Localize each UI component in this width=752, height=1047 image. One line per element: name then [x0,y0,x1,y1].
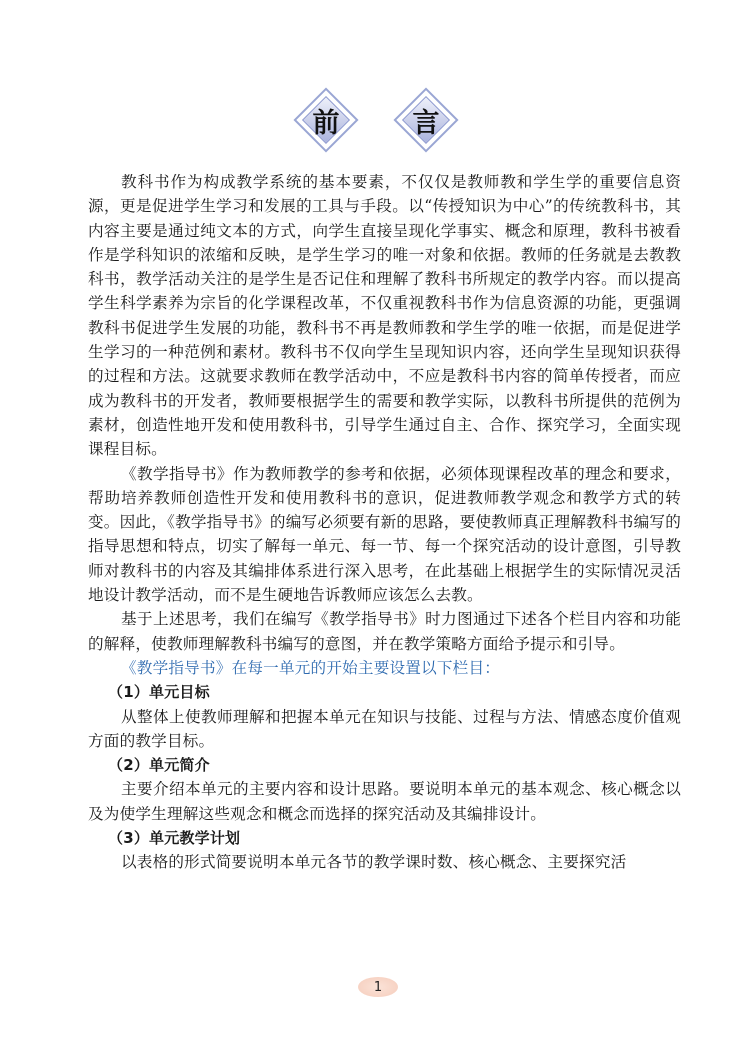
paragraph-3: 基于上述思考，我们在编写《教学指导书》时力图通过下述各个栏目内容和功能的解释，使… [88,607,681,656]
page-number-badge: 1 [358,977,398,997]
paragraph-1: 教科书作为构成教学系统的基本要素，不仅仅是教师教和学生学的重要信息资源，更是促进… [88,170,681,462]
section-heading-2: （2）单元简介 [88,753,681,777]
page-title: 前 言 [0,88,752,152]
body-text: 教科书作为构成教学系统的基本要素，不仅仅是教师教和学生学的重要信息资源，更是促进… [88,170,681,875]
section-heading-1: （1）单元目标 [88,680,681,704]
title-diamond-1: 前 [294,88,358,152]
section-heading-3: （3）单元教学计划 [88,826,681,850]
section-body-1: 从整体上使教师理解和把握本单元在知识与技能、过程与方法、情感态度价值观方面的教学… [88,705,681,754]
title-char-1: 前 [294,88,358,152]
title-diamond-2: 言 [394,88,458,152]
section-body-3: 以表格的形式简要说明本单元各节的教学课时数、核心概念、主要探究活 [88,850,681,874]
title-char-2: 言 [394,88,458,152]
paragraph-2: 《教学指导书》作为教师教学的参考和依据，必须体现课程改革的理念和要求，帮助培养教… [88,462,681,608]
intro-highlight: 《教学指导书》在每一单元的开始主要设置以下栏目： [88,656,681,680]
section-body-2: 主要介绍本单元的主要内容和设计思路。要说明本单元的基本观念、核心概念以及为使学生… [88,777,681,826]
